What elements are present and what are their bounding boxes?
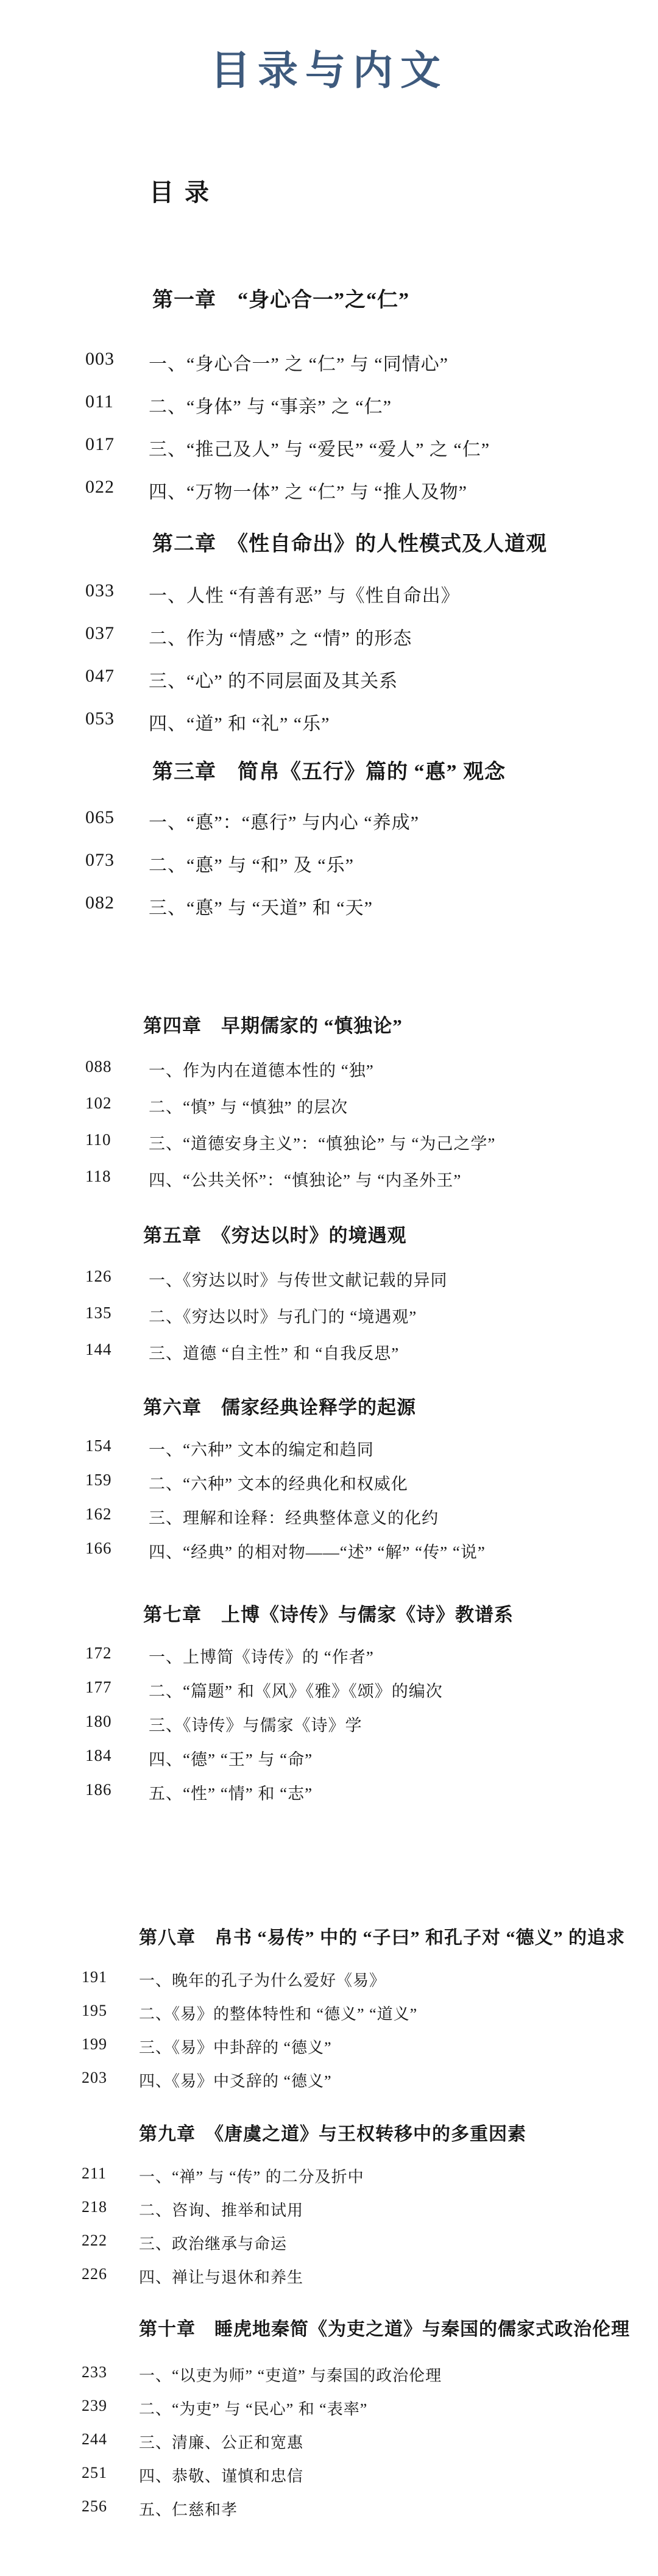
entry-title: 五、仁慈和孝	[139, 2497, 238, 2520]
toc-entry: 082三、“悳” 与 “天道” 和 “天”	[0, 893, 658, 935]
entry-title: 二、“为吏” 与 “民心” 和 “表率”	[139, 2397, 367, 2419]
page-number: 022	[85, 477, 149, 498]
chapter-entries: 154一、“六种” 文本的编定和趋同159二、“六种” 文本的经典化和权威化16…	[0, 1436, 658, 1573]
page-number: 082	[85, 893, 149, 913]
page-number: 047	[85, 666, 149, 687]
toc-entry: 222三、政治继承与命运	[0, 2232, 658, 2265]
toc-entry: 003一、“身心合一” 之 “仁” 与 “同情心”	[0, 349, 658, 391]
page-number: 226	[82, 2265, 139, 2283]
page-number: 065	[85, 807, 149, 828]
page-number: 135	[85, 1304, 149, 1322]
toc-entry: 033一、人性 “有善有恶” 与《性自命出》	[0, 580, 658, 623]
entry-title: 四、“万物一体” 之 “仁” 与 “推人及物”	[149, 477, 467, 504]
page-number: 251	[82, 2464, 139, 2482]
chapter-section-4: 第四章 早期儒家的 “慎独论” 088一、作为内在道德本性的 “独”102二、“…	[0, 1013, 658, 1204]
entry-title: 一、“禅” 与 “传” 的二分及折中	[139, 2164, 364, 2187]
chapter-entries: 033一、人性 “有善有恶” 与《性自命出》037二、作为 “情感” 之 “情”…	[0, 580, 658, 751]
toc-entry: 126一、《穷达以时》与传世文献记载的异同	[0, 1267, 658, 1304]
toc-entry: 244三、清廉、公正和宽惠	[0, 2430, 658, 2464]
page-number: 222	[82, 2232, 139, 2250]
page-number: 126	[85, 1267, 149, 1286]
chapter-section-7: 第七章 上博《诗传》与儒家《诗》教谱系 172一、上博简《诗传》的 “作者”17…	[0, 1602, 658, 1814]
toc-entry: 053四、“道” 和 “礼” “乐”	[0, 708, 658, 751]
chapter-heading: 第四章 早期儒家的 “慎独论”	[143, 1013, 658, 1039]
toc-entry: 218二、咨询、推举和试用	[0, 2198, 658, 2232]
entry-title: 三、“道德安身主义”：“慎独论” 与 “为己之学”	[149, 1130, 495, 1154]
toc-entry: 011二、“身体” 与 “事亲” 之 “仁”	[0, 391, 658, 434]
entry-title: 三、“心” 的不同层面及其关系	[149, 666, 398, 693]
entry-title: 四、“德” “王” 与 “命”	[149, 1746, 313, 1770]
chapter-section-10: 第十章 睡虎地秦简《为吏之道》与秦国的儒家式政治伦理 233一、“以吏为师” “…	[0, 2317, 658, 2531]
toc-entry: 256五、仁慈和孝	[0, 2497, 658, 2531]
entry-title: 三、《易》中卦辞的 “德义”	[139, 2035, 332, 2058]
page-number: 180	[85, 1712, 149, 1731]
toc-entry: 233一、“以吏为师” “吏道” 与秦国的政治伦理	[0, 2363, 658, 2397]
page-number: 244	[82, 2430, 139, 2449]
chapter-section-5: 第五章 《穷达以时》的境遇观 126一、《穷达以时》与传世文献记载的异同135二…	[0, 1223, 658, 1377]
chapter-entries: 211一、“禅” 与 “传” 的二分及折中218二、咨询、推举和试用222三、政…	[0, 2164, 658, 2299]
toc-entry: 047三、“心” 的不同层面及其关系	[0, 666, 658, 708]
document-page: 目录与内文 目录 第一章 “身心合一”之“仁” 003一、“身心合一” 之 “仁…	[0, 0, 658, 2576]
entry-title: 二、“身体” 与 “事亲” 之 “仁”	[149, 391, 392, 418]
page-number: 186	[85, 1780, 149, 1799]
entry-title: 二、作为 “情感” 之 “情” 的形态	[149, 623, 412, 650]
entry-title: 三、《诗传》与儒家《诗》学	[149, 1712, 363, 1736]
chapter-entries: 191一、晚年的孔子为什么爱好《易》195二、《易》的整体特性和 “德义” “道…	[0, 1968, 658, 2102]
toc-entry: 199三、《易》中卦辞的 “德义”	[0, 2035, 658, 2069]
page-number: 233	[82, 2363, 139, 2382]
entry-title: 二、“悳” 与 “和” 及 “乐”	[149, 850, 354, 877]
toc-entry: 118四、“公共关怀”：“慎独论” 与 “内圣外王”	[0, 1167, 658, 1204]
page-number: 033	[85, 580, 149, 601]
chapter-section-1: 第一章 “身心合一”之“仁” 003一、“身心合一” 之 “仁” 与 “同情心”…	[0, 287, 658, 519]
entry-title: 四、禅让与退休和养生	[139, 2265, 303, 2288]
chapter-section-9: 第九章 《唐虞之道》与王权转移中的多重因素 211一、“禅” 与 “传” 的二分…	[0, 2122, 658, 2299]
page-number: 073	[85, 850, 149, 871]
chapter-section-2: 第二章 《性自命出》的人性模式及人道观 033一、人性 “有善有恶” 与《性自命…	[0, 530, 658, 751]
toc-entry: 184四、“德” “王” 与 “命”	[0, 1746, 658, 1780]
chapter-heading: 第一章 “身心合一”之“仁”	[152, 287, 658, 315]
entry-title: 三、道德 “自主性” 和 “自我反思”	[149, 1340, 399, 1364]
chapter-entries: 172一、上博简《诗传》的 “作者”177二、“篇题” 和《风》《雅》《颂》的编…	[0, 1644, 658, 1814]
toc-entry: 135二、《穷达以时》与孔门的 “境遇观”	[0, 1304, 658, 1340]
toc-entry: 186五、“性” “情” 和 “志”	[0, 1780, 658, 1814]
entry-title: 一、晚年的孔子为什么爱好《易》	[139, 1968, 386, 1991]
chapter-heading: 第八章 帛书 “易传” 中的 “子曰” 和孔子对 “德义” 的追求	[139, 1925, 658, 1951]
page-number: 102	[85, 1094, 149, 1113]
entry-title: 一、“身心合一” 之 “仁” 与 “同情心”	[149, 349, 448, 376]
toc-entry: 195二、《易》的整体特性和 “德义” “道义”	[0, 2002, 658, 2035]
toc-entry: 088一、作为内在道德本性的 “独”	[0, 1057, 658, 1094]
entry-title: 一、上博简《诗传》的 “作者”	[149, 1644, 374, 1668]
chapter-entries: 003一、“身心合一” 之 “仁” 与 “同情心”011二、“身体” 与 “事亲…	[0, 349, 658, 519]
entry-title: 一、作为内在道德本性的 “独”	[149, 1057, 374, 1081]
entry-title: 五、“性” “情” 和 “志”	[149, 1780, 313, 1804]
entry-title: 一、“六种” 文本的编定和趋同	[149, 1436, 374, 1460]
toc-entry: 144三、道德 “自主性” 和 “自我反思”	[0, 1340, 658, 1377]
entry-title: 四、《易》中爻辞的 “德义”	[139, 2069, 332, 2091]
chapter-entries: 233一、“以吏为师” “吏道” 与秦国的政治伦理239二、“为吏” 与 “民心…	[0, 2363, 658, 2531]
page-number: 144	[85, 1340, 149, 1359]
page-number: 203	[82, 2069, 139, 2087]
toc-entry: 177二、“篇题” 和《风》《雅》《颂》的编次	[0, 1678, 658, 1712]
entry-title: 二、“慎” 与 “慎独” 的层次	[149, 1094, 348, 1118]
toc-entry: 154一、“六种” 文本的编定和趋同	[0, 1436, 658, 1471]
page-number: 177	[85, 1678, 149, 1697]
toc-entry: 251四、恭敬、谨慎和忠信	[0, 2464, 658, 2497]
page-number: 239	[82, 2397, 139, 2415]
page-number: 037	[85, 623, 149, 644]
toc-heading: 目录	[149, 173, 220, 208]
toc-entry: 022四、“万物一体” 之 “仁” 与 “推人及物”	[0, 477, 658, 519]
toc-entry: 110三、“道德安身主义”：“慎独论” 与 “为己之学”	[0, 1130, 658, 1167]
page-number: 053	[85, 708, 149, 729]
page-number: 211	[82, 2164, 139, 2183]
entry-title: 三、清廉、公正和宽惠	[139, 2430, 303, 2453]
entry-title: 一、“悳”：“悳行” 与内心 “养成”	[149, 807, 419, 834]
page-number: 003	[85, 349, 149, 369]
entry-title: 四、“道” 和 “礼” “乐”	[149, 708, 330, 735]
chapter-heading: 第三章 简帛《五行》篇的 “悳” 观念	[152, 758, 658, 787]
entry-title: 一、《穷达以时》与传世文献记载的异同	[149, 1267, 448, 1291]
page-title: 目录与内文	[0, 38, 658, 96]
chapter-section-6: 第六章 儒家经典诠释学的起源 154一、“六种” 文本的编定和趋同159二、“六…	[0, 1395, 658, 1573]
chapter-heading: 第十章 睡虎地秦简《为吏之道》与秦国的儒家式政治伦理	[139, 2317, 658, 2342]
chapter-heading: 第七章 上博《诗传》与儒家《诗》教谱系	[143, 1602, 658, 1628]
page-number: 166	[85, 1539, 149, 1558]
page-number: 118	[85, 1167, 149, 1186]
entry-title: 一、人性 “有善有恶” 与《性自命出》	[149, 580, 460, 607]
page-number: 110	[85, 1130, 149, 1149]
toc-entry: 180三、《诗传》与儒家《诗》学	[0, 1712, 658, 1746]
page-number: 172	[85, 1644, 149, 1663]
page-number: 191	[82, 1968, 139, 1986]
toc-entry: 073二、“悳” 与 “和” 及 “乐”	[0, 850, 658, 893]
chapter-section-8: 第八章 帛书 “易传” 中的 “子曰” 和孔子对 “德义” 的追求 191一、晚…	[0, 1925, 658, 2102]
entry-title: 二、“篇题” 和《风》《雅》《颂》的编次	[149, 1678, 443, 1702]
chapter-section-3: 第三章 简帛《五行》篇的 “悳” 观念 065一、“悳”：“悳行” 与内心 “养…	[0, 758, 658, 935]
toc-entry: 226四、禅让与退休和养生	[0, 2265, 658, 2299]
toc-entry: 191一、晚年的孔子为什么爱好《易》	[0, 1968, 658, 2002]
page-number: 218	[82, 2198, 139, 2216]
page-number: 184	[85, 1746, 149, 1765]
entry-title: 四、恭敬、谨慎和忠信	[139, 2464, 303, 2486]
toc-entry: 172一、上博简《诗传》的 “作者”	[0, 1644, 658, 1678]
page-number: 159	[85, 1471, 149, 1490]
entry-title: 三、政治继承与命运	[139, 2232, 287, 2254]
entry-title: 二、《穷达以时》与孔门的 “境遇观”	[149, 1304, 417, 1327]
page-number: 011	[85, 391, 149, 412]
chapter-heading: 第九章 《唐虞之道》与王权转移中的多重因素	[139, 2122, 658, 2147]
entry-title: 一、“以吏为师” “吏道” 与秦国的政治伦理	[139, 2363, 442, 2386]
entry-title: 四、“公共关怀”：“慎独论” 与 “内圣外王”	[149, 1167, 461, 1191]
page-number: 088	[85, 1057, 149, 1076]
toc-entry: 037二、作为 “情感” 之 “情” 的形态	[0, 623, 658, 666]
toc-entry: 166四、“经典” 的相对物——“述” “解” “传” “说”	[0, 1539, 658, 1573]
entry-title: 二、“六种” 文本的经典化和权威化	[149, 1471, 408, 1494]
page-number: 195	[82, 2002, 139, 2020]
toc-entry: 239二、“为吏” 与 “民心” 和 “表率”	[0, 2397, 658, 2430]
toc-entry: 065一、“悳”：“悳行” 与内心 “养成”	[0, 807, 658, 850]
entry-title: 三、理解和诠释：经典整体意义的化约	[149, 1505, 439, 1529]
entry-title: 二、咨询、推举和试用	[139, 2198, 303, 2221]
entry-title: 三、“推己及人” 与 “爱民” “爱人” 之 “仁”	[149, 434, 490, 461]
page-number: 017	[85, 434, 149, 455]
toc-entry: 211一、“禅” 与 “传” 的二分及折中	[0, 2164, 658, 2198]
page-number: 162	[85, 1505, 149, 1524]
toc-entry: 102二、“慎” 与 “慎独” 的层次	[0, 1094, 658, 1130]
chapter-heading: 第六章 儒家经典诠释学的起源	[143, 1395, 658, 1421]
entry-title: 二、《易》的整体特性和 “德义” “道义”	[139, 2002, 417, 2024]
chapter-heading: 第五章 《穷达以时》的境遇观	[143, 1223, 658, 1249]
entry-title: 三、“悳” 与 “天道” 和 “天”	[149, 893, 373, 919]
toc-entry: 203四、《易》中爻辞的 “德义”	[0, 2069, 658, 2102]
page-number: 154	[85, 1436, 149, 1455]
chapter-entries: 088一、作为内在道德本性的 “独”102二、“慎” 与 “慎独” 的层次110…	[0, 1057, 658, 1204]
entry-title: 四、“经典” 的相对物——“述” “解” “传” “说”	[149, 1539, 486, 1563]
chapter-heading: 第二章 《性自命出》的人性模式及人道观	[152, 530, 658, 558]
chapter-entries: 126一、《穷达以时》与传世文献记载的异同135二、《穷达以时》与孔门的 “境遇…	[0, 1267, 658, 1377]
chapter-entries: 065一、“悳”：“悳行” 与内心 “养成”073二、“悳” 与 “和” 及 “…	[0, 807, 658, 935]
toc-entry: 162三、理解和诠释：经典整体意义的化约	[0, 1505, 658, 1539]
page-number: 199	[82, 2035, 139, 2053]
toc-entry: 159二、“六种” 文本的经典化和权威化	[0, 1471, 658, 1505]
page-number: 256	[82, 2497, 139, 2516]
toc-entry: 017三、“推己及人” 与 “爱民” “爱人” 之 “仁”	[0, 434, 658, 477]
